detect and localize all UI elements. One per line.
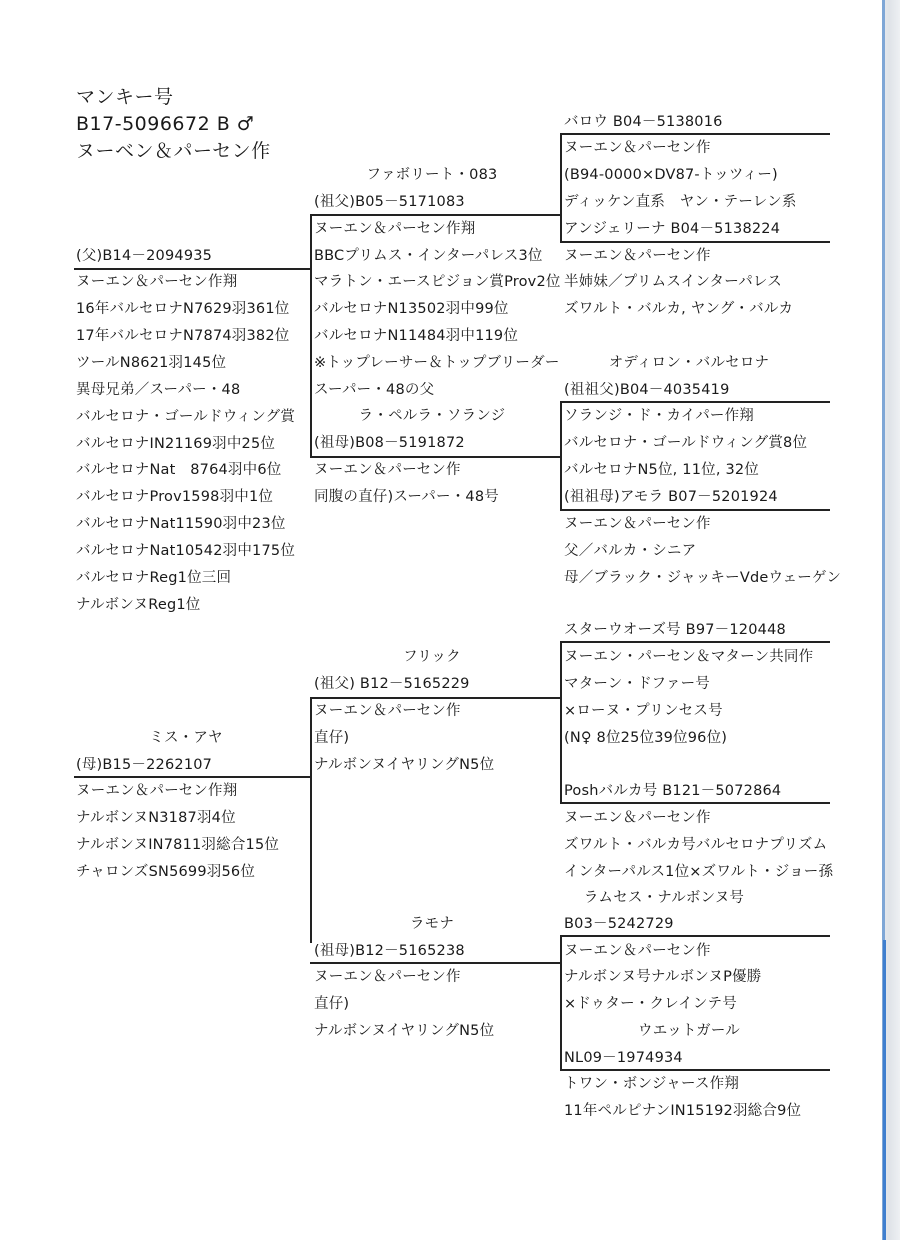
pgs-line-2: マラトン・エースピジョン賞Prov2位 bbox=[314, 272, 561, 292]
mgd-line-2: ナルボンヌイヤリングN5位 bbox=[314, 1021, 494, 1041]
sire-line-3: ツールN8621羽145位 bbox=[76, 353, 226, 373]
sire-label: (父)B14－2094935 bbox=[76, 246, 212, 266]
sire-line-8: バルセロナProv1598羽中1位 bbox=[76, 487, 273, 507]
ggd4-name: ウエットガール bbox=[564, 1021, 814, 1041]
sire-line-7: バルセロナNat 8764羽中6位 bbox=[76, 460, 281, 480]
ggd2-line-1: 父／バルカ・シニア bbox=[564, 541, 696, 561]
sire-line-11: バルセロナReg1位三回 bbox=[76, 568, 231, 588]
pgs-line-3: バルセロナN13502羽中99位 bbox=[314, 299, 509, 319]
ggs2-name: オディロン・バルセロナ bbox=[564, 353, 814, 373]
ggs3-label: スターウオーズ号 B97－120448 bbox=[564, 620, 786, 640]
ggd4-line-1: 11年ペルピナンIN15192羽総合9位 bbox=[564, 1101, 801, 1121]
ggs4-line bbox=[560, 935, 830, 937]
sire-line-2: 17年バルセロナN7874羽382位 bbox=[76, 326, 289, 346]
subject-ring: B17-5096672 B ♂ bbox=[76, 111, 254, 137]
ggd1-label: アンジェリーナ B04－5138224 bbox=[564, 219, 780, 239]
ggd4-label: NL09－1974934 bbox=[564, 1048, 683, 1068]
sire-line-4: 異母兄弟／スーパー・48 bbox=[76, 380, 240, 400]
pgd-line bbox=[310, 456, 560, 458]
sire-bracket bbox=[310, 215, 312, 457]
ggs1-label: バロウ B04－5138016 bbox=[564, 112, 723, 132]
ggd2-line-2: 母／ブラック・ジャッキーVdeウェーゲン bbox=[564, 568, 841, 588]
ggd4-line bbox=[560, 1069, 830, 1071]
page-edge-blue-lower bbox=[883, 940, 886, 1240]
subject-breeder: ヌーベン＆パーセン作 bbox=[76, 138, 271, 164]
dam-line bbox=[74, 776, 310, 778]
pgs-line-6: スーパー・48の父 bbox=[314, 380, 434, 400]
ggs2-line-1: バルセロナ・ゴールドウィング賞8位 bbox=[564, 433, 807, 453]
dam-label: (母)B15－2262107 bbox=[76, 755, 212, 775]
mgd-name: ラモナ bbox=[314, 914, 550, 934]
sire-line bbox=[74, 268, 310, 270]
ggd1-line-1: 半姉妹／プリムスインターパレス bbox=[564, 272, 782, 292]
dam-line-0: ヌーエン＆パーセン作翔 bbox=[76, 781, 237, 801]
ggs1-line-1: (B94-0000×DV87-トッツィー) bbox=[564, 165, 778, 185]
pgd-line-1: 同腹の直仔)スーパー・48号 bbox=[314, 487, 499, 507]
ggs1-line-2: ディッケン直系 ヤン・テーレン系 bbox=[564, 192, 797, 212]
mgs-line bbox=[310, 697, 560, 699]
mgs-name: フリック bbox=[314, 647, 550, 667]
ggd4-line-0: トワン・ボンジャース作翔 bbox=[564, 1074, 739, 1094]
mgd-bracket bbox=[560, 936, 562, 1070]
ggd1-line-0: ヌーエン＆パーセン作 bbox=[564, 246, 711, 266]
ggd3-line bbox=[560, 802, 830, 804]
sire-line-9: バルセロナNat11590羽中23位 bbox=[76, 514, 286, 534]
ggs2-line-2: バルセロナN5位, 11位, 32位 bbox=[564, 460, 759, 480]
dam-line-2: ナルボンヌIN7811羽総合15位 bbox=[76, 835, 279, 855]
mgd-line bbox=[310, 962, 560, 964]
ggs4-label: B03－5242729 bbox=[564, 914, 674, 934]
dam-line-3: チャロンズSN5699羽56位 bbox=[76, 862, 255, 882]
ggs3-line-2: ×ローヌ・プリンセス号 bbox=[564, 701, 723, 721]
sire-line-10: バルセロナNat10542羽中175位 bbox=[76, 541, 295, 561]
sire-line-1: 16年バルセロナN7629羽361位 bbox=[76, 299, 289, 319]
dam-line-1: ナルボンヌN3187羽4位 bbox=[76, 808, 236, 828]
ggs1-line bbox=[560, 133, 830, 135]
mgs-line-1: 直仔) bbox=[314, 728, 349, 748]
pgs-line bbox=[310, 214, 560, 216]
mgd-line-1: 直仔) bbox=[314, 994, 349, 1014]
ggs3-line bbox=[560, 641, 830, 643]
pgd-line-0: ヌーエン＆パーセン作 bbox=[314, 460, 461, 480]
ggd2-label: (祖祖母)アモラ B07－5201924 bbox=[564, 487, 778, 507]
pgd-label: (祖母)B08－5191872 bbox=[314, 433, 465, 453]
pgs-name: ファボリート・083 bbox=[314, 165, 550, 185]
pgs-line-1: BBCプリムス・インターパレス3位 bbox=[314, 246, 543, 266]
ggd3-label: Poshバルカ号 B121－5072864 bbox=[564, 781, 781, 801]
ggd3-line-0: ヌーエン＆パーセン作 bbox=[564, 808, 711, 828]
pgs-label: (祖父)B05－5171083 bbox=[314, 192, 465, 212]
ggs4-line-0: ヌーエン＆パーセン作 bbox=[564, 941, 711, 961]
pedigree-sheet: マンキー号 B17-5096672 B ♂ ヌーベン＆パーセン作 (父)B14－… bbox=[0, 0, 900, 1240]
pgd-bracket bbox=[560, 402, 562, 510]
ggs1-line-0: ヌーエン＆パーセン作 bbox=[564, 138, 711, 158]
pgs-line-0: ヌーエン＆パーセン作翔 bbox=[314, 219, 475, 239]
ggs2-line-0: ソランジ・ド・カイパー作翔 bbox=[564, 406, 754, 426]
sire-line-12: ナルボンヌReg1位 bbox=[76, 595, 200, 615]
subject-name: マンキー号 bbox=[76, 84, 174, 110]
sire-line-0: ヌーエン＆パーセン作翔 bbox=[76, 272, 237, 292]
ggd3-line-2: インターパルス1位×ズワルト・ジョー孫 bbox=[564, 862, 833, 882]
pgs-bracket bbox=[560, 134, 562, 242]
ggd1-line-2: ズワルト・バルカ, ヤング・バルカ bbox=[564, 299, 793, 319]
ggs3-line-0: ヌーエン・パーセン＆マターン共同作 bbox=[564, 647, 813, 667]
ggs3-line-3: (N♀ 8位25位39位96位) bbox=[564, 728, 727, 748]
mgs-line-0: ヌーエン＆パーセン作 bbox=[314, 701, 461, 721]
sire-line-5: バルセロナ・ゴールドウィング賞 bbox=[76, 407, 295, 427]
dam-name: ミス・アヤ bbox=[76, 728, 296, 748]
ggd3-line-1: ズワルト・バルカ号バルセロナプリズム bbox=[564, 835, 827, 855]
pgd-name: ラ・ペルラ・ソランジ bbox=[314, 406, 550, 426]
ggs4-name: ラムセス・ナルボンヌ号 bbox=[564, 888, 764, 908]
ggs4-line-2: ×ドゥター・クレインテ号 bbox=[564, 994, 737, 1014]
ggs2-line bbox=[560, 401, 830, 403]
ggs4-line-1: ナルボンヌ号ナルボンヌP優勝 bbox=[564, 967, 761, 987]
ggd2-line-0: ヌーエン＆パーセン作 bbox=[564, 514, 711, 534]
ggd2-line bbox=[560, 509, 830, 511]
mgd-line-0: ヌーエン＆パーセン作 bbox=[314, 967, 461, 987]
pgs-line-4: バルセロナN11484羽中119位 bbox=[314, 326, 518, 346]
mgs-bracket bbox=[560, 642, 562, 803]
mgs-label: (祖父) B12－5165229 bbox=[314, 674, 470, 694]
mgs-line-2: ナルボンヌイヤリングN5位 bbox=[314, 755, 494, 775]
ggd1-line bbox=[560, 241, 830, 243]
ggs3-line-1: マターン・ドファー号 bbox=[564, 674, 710, 694]
dam-bracket bbox=[310, 698, 312, 943]
sire-line-6: バルセロナIN21169羽中25位 bbox=[76, 434, 275, 454]
pgs-line-5: ※トップレーサー＆トップブリーダー bbox=[314, 353, 560, 373]
mgd-label: (祖母)B12－5165238 bbox=[314, 941, 465, 961]
ggs2-label: (祖祖父)B04－4035419 bbox=[564, 380, 730, 400]
